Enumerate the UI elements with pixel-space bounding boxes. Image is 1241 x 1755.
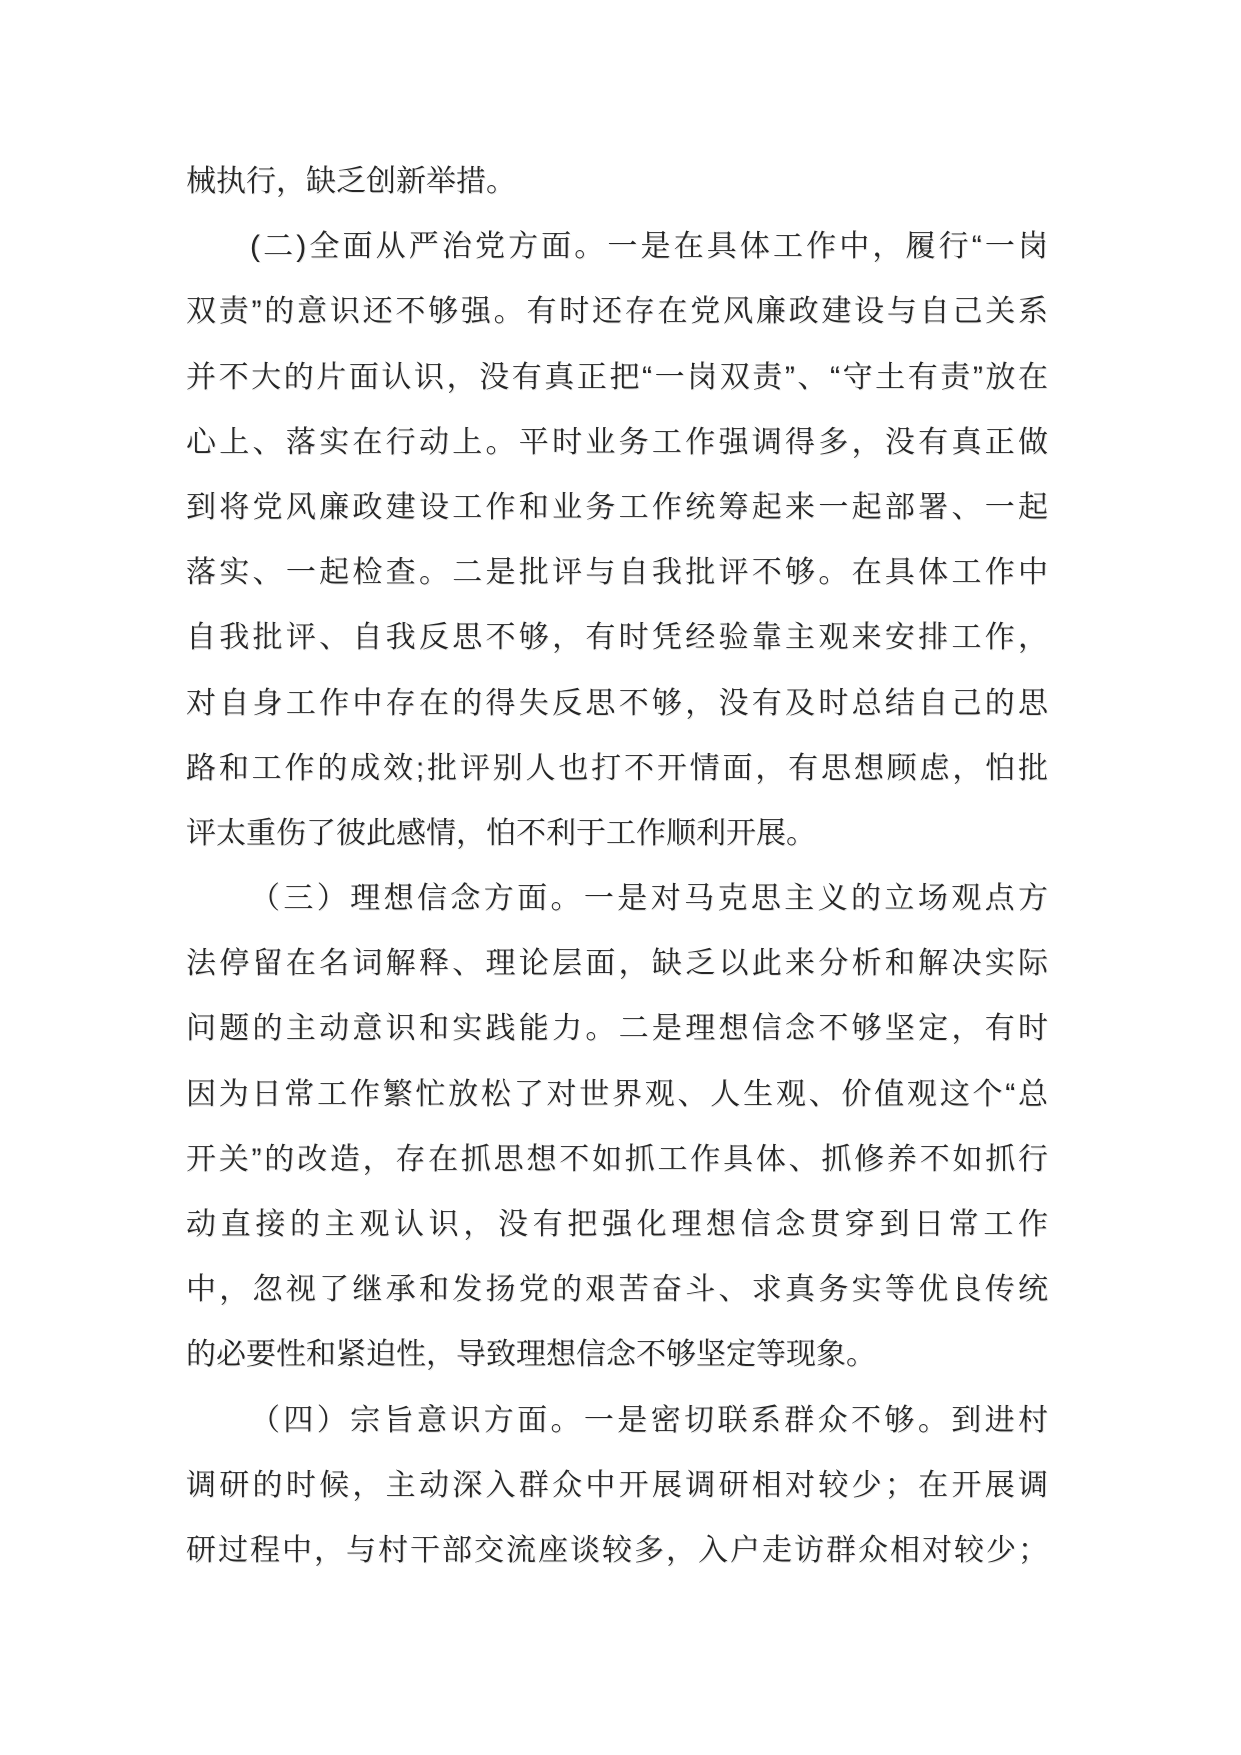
text-line: 评太重伤了彼此感情，怕不利于工作顺利开展。 xyxy=(186,801,1048,866)
text-line: 并不大的片面认识，没有真正把“一岗双责”、“守土有责”放在 xyxy=(186,345,1048,410)
paragraph-section-2: (二)全面从严治党方面。一是在具体工作中，履行“一岗 双责”的意识还不够强。有时… xyxy=(186,214,1048,866)
text-line: 自我批评、自我反思不够，有时凭经验靠主观来安排工作， xyxy=(186,605,1048,670)
text-line: 双责”的意识还不够强。有时还存在党风廉政建设与自己关系 xyxy=(186,279,1048,344)
paragraph-section-4: （四）宗旨意识方面。一是密切联系群众不够。到进村 调研的时候，主动深入群众中开展… xyxy=(186,1388,1048,1584)
text-line: 的必要性和紧迫性，导致理想信念不够坚定等现象。 xyxy=(186,1322,1048,1387)
paragraph-section-3: （三）理想信念方面。一是对马克思主义的立场观点方 法停留在名词解释、理论层面，缺… xyxy=(186,866,1048,1388)
text-line: 落实、一起检查。二是批评与自我批评不够。在具体工作中 xyxy=(186,540,1048,605)
text-line: 动直接的主观认识，没有把强化理想信念贯穿到日常工作 xyxy=(186,1192,1048,1257)
text-line: （三）理想信念方面。一是对马克思主义的立场观点方 xyxy=(186,866,1048,931)
text-line: 到将党风廉政建设工作和业务工作统筹起来一起部署、一起 xyxy=(186,475,1048,540)
text-line: 法停留在名词解释、理论层面，缺乏以此来分析和解决实际 xyxy=(186,931,1048,996)
text-line: （四）宗旨意识方面。一是密切联系群众不够。到进村 xyxy=(186,1388,1048,1453)
text-line: 调研的时候，主动深入群众中开展调研相对较少；在开展调 xyxy=(186,1453,1048,1518)
text-line: 开关”的改造，存在抓思想不如抓工作具体、抓修养不如抓行 xyxy=(186,1127,1048,1192)
text-line: 心上、落实在行动上。平时业务工作强调得多，没有真正做 xyxy=(186,410,1048,475)
text-line: 中，忽视了继承和发扬党的艰苦奋斗、求真务实等优良传统 xyxy=(186,1257,1048,1322)
text-line: 路和工作的成效;批评别人也打不开情面，有思想顾虑，怕批 xyxy=(186,736,1048,801)
document-page: 械执行，缺乏创新举措。 (二)全面从严治党方面。一是在具体工作中，履行“一岗 双… xyxy=(0,0,1241,1755)
document-body: 械执行，缺乏创新举措。 (二)全面从严治党方面。一是在具体工作中，履行“一岗 双… xyxy=(186,149,1048,1583)
text-line: 研过程中，与村干部交流座谈较多，入户走访群众相对较少； xyxy=(186,1518,1048,1583)
text-line: (二)全面从严治党方面。一是在具体工作中，履行“一岗 xyxy=(186,214,1048,279)
text-line: 问题的主动意识和实践能力。二是理想信念不够坚定，有时 xyxy=(186,996,1048,1061)
text-line: 因为日常工作繁忙放松了对世界观、人生观、价值观这个“总 xyxy=(186,1062,1048,1127)
paragraph-continuation: 械执行，缺乏创新举措。 xyxy=(186,149,1048,214)
text-line: 械执行，缺乏创新举措。 xyxy=(186,149,1048,214)
text-line: 对自身工作中存在的得失反思不够，没有及时总结自己的思 xyxy=(186,671,1048,736)
